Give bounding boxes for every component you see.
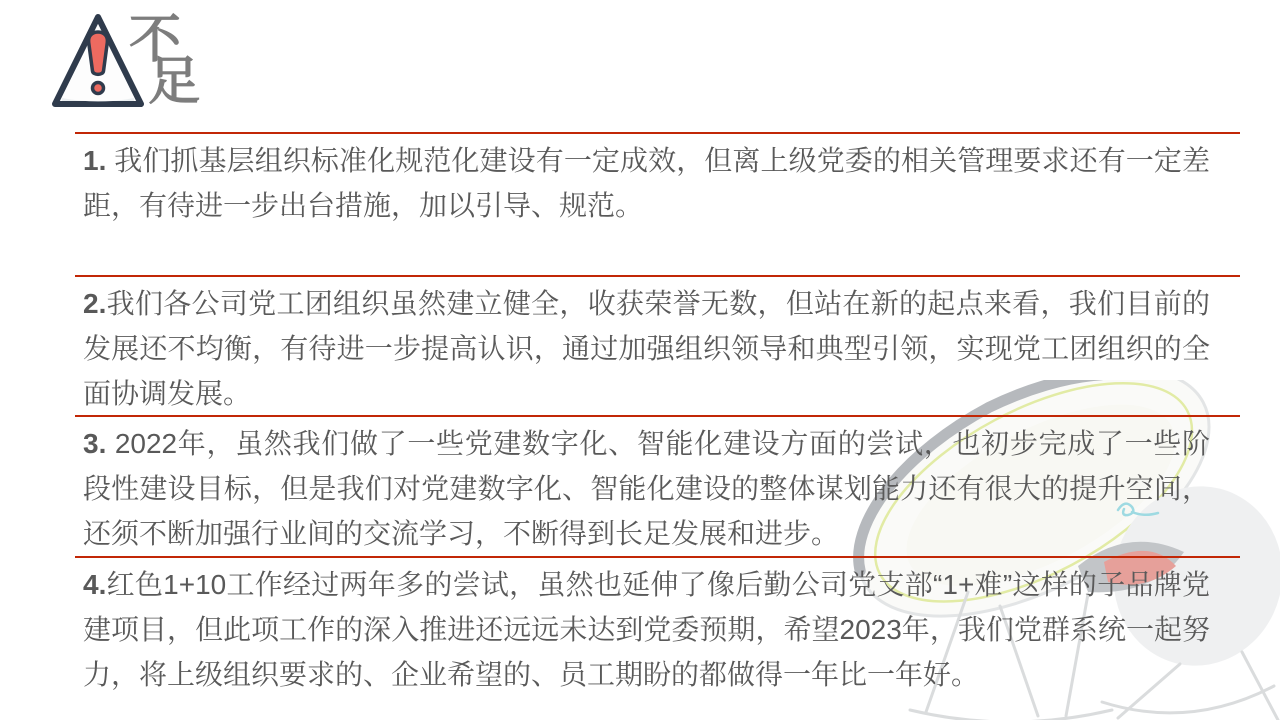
item-text: 我们各公司党工团组织虽然建立健全，收获荣誉无数，但站在新的起点来看，我们目前的发… xyxy=(83,288,1210,409)
item-text: 我们抓基层组织标准化规范化建设有一定成效，但离上级党委的相关管理要求还有一定差距… xyxy=(83,145,1210,221)
slide: 不 足 xyxy=(0,0,1280,720)
item-number: 3. xyxy=(83,428,106,459)
item-number: 2. xyxy=(83,288,106,319)
item-text: 红色1+10工作经过两年多的尝试，虽然也延伸了像后勤公司党支部“1+难”这样的子… xyxy=(83,569,1210,690)
list-item: 3. 2022年，虽然我们做了一些党建数字化、智能化建设方面的尝试，也初步完成了… xyxy=(75,415,1240,556)
item-number: 4. xyxy=(83,569,106,600)
item-number: 1. xyxy=(83,145,106,176)
list-item: 1. 我们抓基层组织标准化规范化建设有一定成效，但离上级党委的相关管理要求还有一… xyxy=(75,132,1240,275)
list-item: 4.红色1+10工作经过两年多的尝试，虽然也延伸了像后勤公司党支部“1+难”这样… xyxy=(75,556,1240,696)
item-text: 2022年，虽然我们做了一些党建数字化、智能化建设方面的尝试，也初步完成了一些阶… xyxy=(83,428,1210,549)
page-title-char-2: 足 xyxy=(148,56,200,108)
list-item: 2.我们各公司党工团组织虽然建立健全，收获荣誉无数，但站在新的起点来看，我们目前… xyxy=(75,275,1240,415)
